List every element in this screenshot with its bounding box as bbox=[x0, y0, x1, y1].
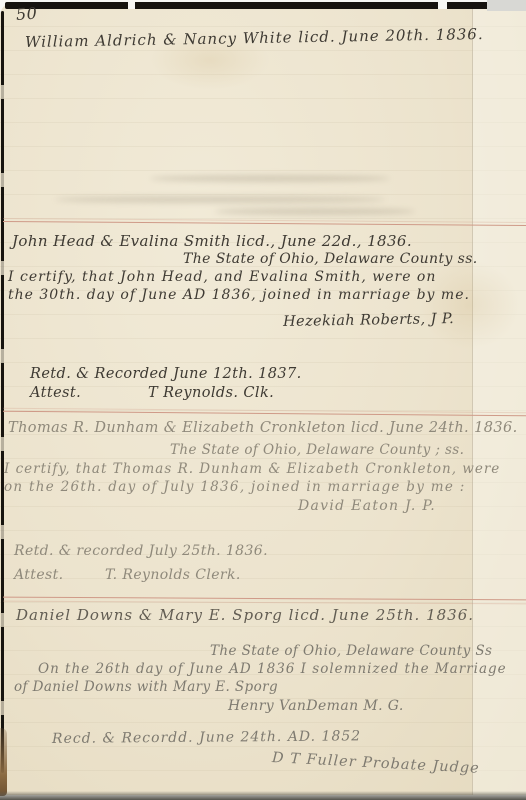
entry-3-clerk-signature: T. Reynolds Clerk. bbox=[105, 567, 241, 583]
scanned-photo: 50 William Aldrich & Nancy White licd. J… bbox=[0, 0, 526, 800]
binding-fray bbox=[0, 728, 7, 796]
entry-4-certificate-line-2: of Daniel Downs with Mary E. Sporg bbox=[14, 679, 278, 695]
bottom-page-edge bbox=[0, 791, 526, 800]
left-binding-border bbox=[1, 11, 4, 773]
entry-3-attest-label: Attest. bbox=[14, 567, 63, 583]
page-number: 50 bbox=[15, 4, 37, 24]
entry-2-state-line: The State of Ohio, Delaware County ss. bbox=[183, 251, 478, 267]
entry-3-certificate-line-1: I certify, that Thomas R. Dunham & Eliza… bbox=[4, 461, 500, 477]
entry-2-officiant-signature: Hezekiah Roberts, J P. bbox=[283, 311, 454, 330]
show-through-text bbox=[150, 175, 390, 182]
top-border bbox=[5, 2, 508, 9]
top-border-gap bbox=[438, 1, 447, 9]
entry-2-heading: John Head & Evalina Smith licd., June 22… bbox=[12, 232, 412, 250]
show-through-text bbox=[215, 208, 415, 215]
entry-2-attest-label: Attest. bbox=[30, 385, 81, 401]
entry-4-certificate-line-1: On the 26th day of June AD 1836 I solemn… bbox=[38, 661, 507, 677]
entry-3-state-line: The State of Ohio, Delaware County ; ss. bbox=[170, 442, 464, 458]
entry-2-certificate-line-1: I certify, that John Head, and Evalina S… bbox=[8, 269, 436, 285]
entry-4-recorded-line: Recd. & Recordd. June 24th. AD. 1852 bbox=[52, 728, 361, 747]
entry-3-heading: Thomas R. Dunham & Elizabeth Cronkleton … bbox=[8, 420, 518, 436]
top-border-gap bbox=[128, 1, 135, 9]
entry-4-heading: Daniel Downs & Mary E. Sporg licd. June … bbox=[16, 606, 474, 624]
entry-3-certificate-line-2: on the 26th. day of July 1836, joined in… bbox=[4, 479, 466, 495]
entry-2-certificate-line-2: the 30th. day of June AD 1836, joined in… bbox=[8, 287, 470, 303]
entry-4-state-line: The State of Ohio, Delaware County Ss bbox=[210, 643, 492, 659]
entry-2-clerk-signature: T Reynolds. Clk. bbox=[148, 385, 274, 401]
entry-2-recorded-line: Retd. & Recorded June 12th. 1837. bbox=[30, 366, 302, 382]
entry-3-recorded-line: Retd. & recorded July 25th. 1836. bbox=[14, 543, 268, 559]
show-through-text bbox=[55, 196, 385, 203]
entry-3-officiant-signature: David Eaton J. P. bbox=[298, 498, 436, 514]
scan-background-corner bbox=[487, 0, 526, 11]
entry-4-officiant-signature: Henry VanDeman M. G. bbox=[228, 698, 404, 714]
